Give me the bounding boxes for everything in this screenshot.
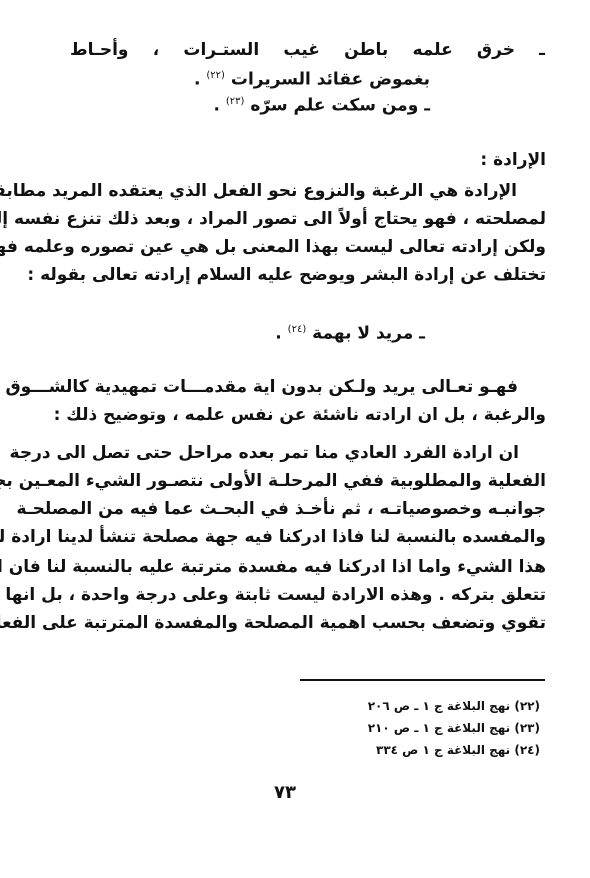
para1-line-1: الإرادة هي الرغبة والنزوع نحو الفعل الذي… (62, 179, 517, 203)
footnote-22: (٢٢) نهج البلاغة ج ١ ـ ص ٢٠٦ (368, 698, 540, 714)
page-number: ٧٣ (274, 782, 296, 803)
quote-line-1: ـ خرق علمه باطن غيب الستـرات ، وأحـاط (70, 38, 545, 62)
book-page: ـ خرق علمه باطن غيب الستـرات ، وأحـاط بغ… (0, 0, 590, 878)
quote-line-3-end: . (213, 96, 219, 116)
quote-2: ـ مريد لا بهمة (٢٤) . (275, 318, 425, 346)
para1-line-3: ولكن إرادته تعالى ليست بهذا المعنى بل هي… (62, 235, 546, 259)
para1-line-4: تختلف عن إرادة البشر ويوضح عليه السلام إ… (27, 263, 546, 287)
para2-line-1: فهـو تعـالى يريد ولـكن بدون اية مقدمـــا… (68, 375, 518, 399)
para1-line-2: لمصلحته ، فهو يحتاج أولاً الى تصور المرا… (62, 207, 546, 231)
section-heading: الإرادة : (480, 148, 546, 172)
footnote-ref-24: (٢٤) (288, 324, 307, 335)
para3-line-5: هذا الشيء واما اذا ادركنا فيه مفسدة مترت… (64, 555, 546, 579)
para3-line-3: جوانبـه وخصوصياتـه ، ثم نأخـذ في البحـث … (64, 497, 546, 521)
quote-line-3: ـ ومن سكت علم سرّه (٢٣) . (213, 90, 430, 118)
para2-line-2: والرغبة ، بل ان ارادته ناشئة عن نفس علمه… (54, 403, 546, 427)
quote-2-end: . (275, 324, 281, 344)
para3-line-1: ان ارادة الفرد العادي منا تمر بعده مراحل… (64, 441, 519, 465)
footnote-24: (٢٤) نهج البلاغة ج ١ ص ٣٣٤ (376, 742, 540, 758)
footnote-ref-22: (٢٢) (206, 70, 225, 81)
quote-line-3-text: ـ ومن سكت علم سرّه (250, 96, 430, 116)
footnote-divider (300, 679, 545, 681)
quote-2-text: ـ مريد لا بهمة (312, 324, 425, 344)
quote-line-2: بغموض عقائد السريرات (٢٢) . (194, 64, 430, 92)
quote-line-2-text: بغموض عقائد السريرات (231, 70, 430, 90)
footnote-ref-23: (٢٣) (226, 96, 245, 107)
para3-line-7: تقوي وتضعف بحسب اهمية المصلحة والمفسدة ا… (64, 611, 546, 635)
quote-line-2-end: . (194, 70, 200, 90)
para3-line-6: تتعلق بتركه . وهذه الارادة ليست ثابتة وع… (64, 583, 546, 607)
footnote-23: (٢٣) نهج البلاغة ج ١ ـ ص ٢١٠ (368, 720, 540, 736)
para3-line-2: الفعلية والمطلوبية ففي المرحلـة الأولى ن… (64, 469, 546, 493)
para3-line-4: والمفسده بالنسبة لنا فاذا ادركنا فيه جهة… (64, 525, 546, 549)
